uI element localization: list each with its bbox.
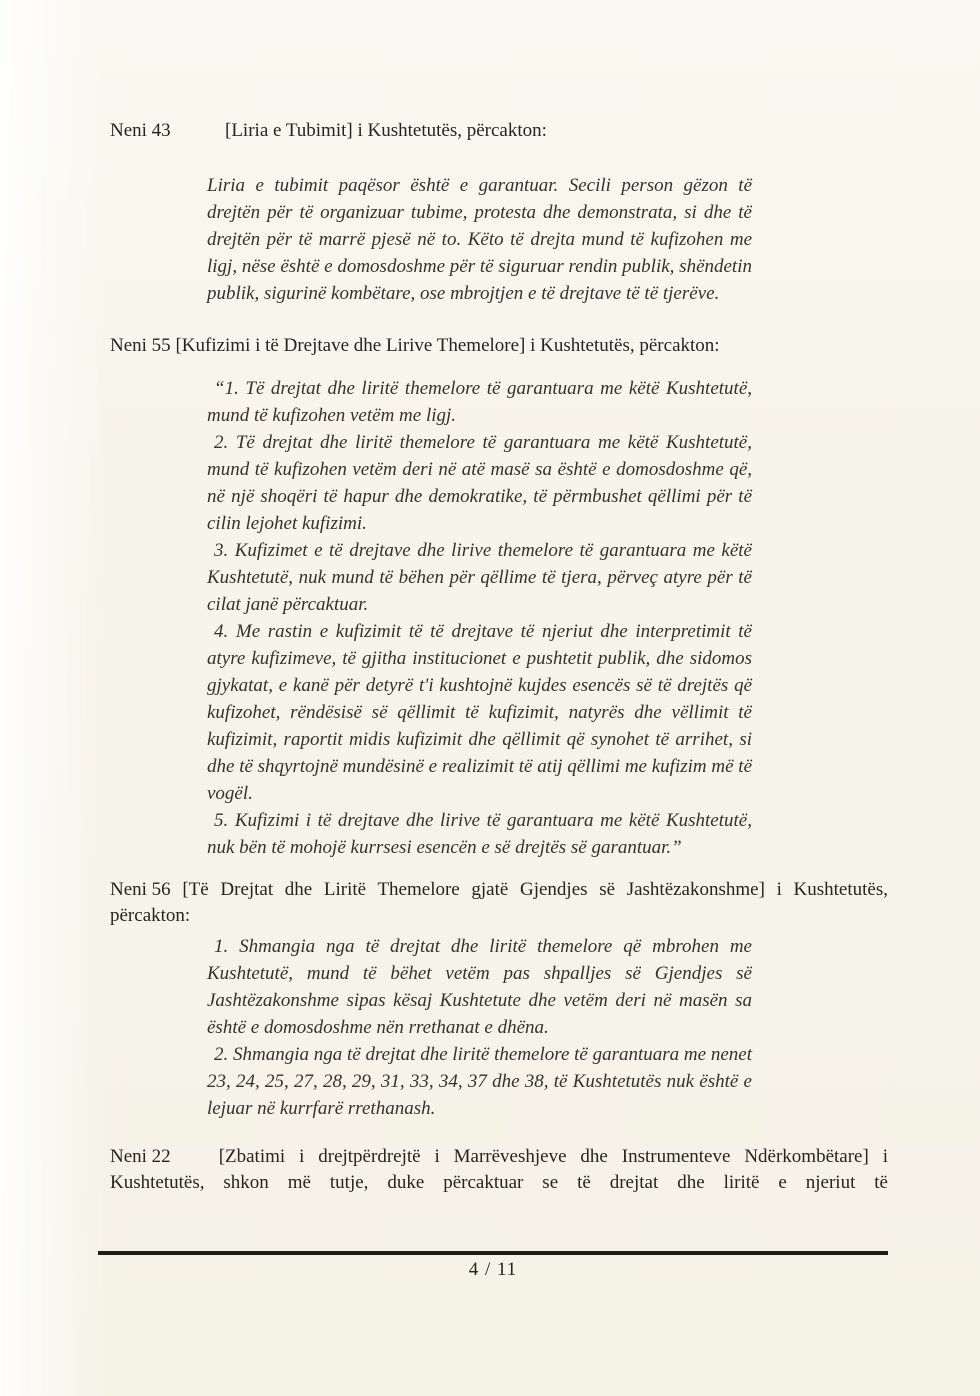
quote-paragraph: 4. Me rastin e kufizimit të të drejtave … — [207, 618, 752, 807]
quote-paragraph: 2. Shmangia nga të drejtat dhe liritë th… — [207, 1041, 752, 1122]
article-55-label: Neni 55 — [110, 333, 171, 359]
quote-paragraph: 3. Kufizimet e të drejtave dhe lirive th… — [207, 537, 752, 618]
quote-paragraph: Liria e tubimit paqësor është e garantua… — [207, 172, 752, 307]
article-55-heading-line: Neni 55 [Kufizimi i të Drejtave dhe Liri… — [110, 333, 888, 359]
article-56-heading-line: Neni 56 [Të Drejtat dhe Liritë Themelore… — [110, 877, 888, 929]
article-55-heading: [Kufizimi i të Drejtave dhe Lirive Theme… — [175, 335, 719, 356]
article-56-heading: [Të Drejtat dhe Liritë Themelore gjatë G… — [110, 879, 888, 926]
article-43-quote-block: Liria e tubimit paqësor është e garantua… — [207, 172, 752, 307]
article-22-heading-line: Neni 22[Zbatimi i drejtpërdrejtë i Marrë… — [110, 1144, 888, 1196]
article-55-quote-block: “1. Të drejtat dhe liritë themelore të g… — [207, 375, 752, 861]
article-43-label: Neni 43 — [110, 118, 225, 144]
article-43-heading-line: Neni 43[Liria e Tubimit] i Kushtetutës, … — [110, 118, 888, 144]
footer-divider — [98, 1251, 888, 1255]
article-56-quote-block: 1. Shmangia nga të drejtat dhe liritë th… — [207, 933, 752, 1122]
quote-paragraph: 2. Të drejtat dhe liritë themelore të ga… — [207, 429, 752, 537]
article-22-heading: [Zbatimi i drejtpërdrejtë i Marrëveshjev… — [110, 1146, 888, 1193]
quote-paragraph: 1. Shmangia nga të drejtat dhe liritë th… — [207, 933, 752, 1041]
article-43-heading: [Liria e Tubimit] i Kushtetutës, përcakt… — [225, 120, 547, 141]
article-56-label: Neni 56 — [110, 877, 171, 903]
article-22-label: Neni 22 — [110, 1144, 171, 1170]
page-number: 4 / 11 — [98, 1259, 888, 1281]
document-page: Neni 43[Liria e Tubimit] i Kushtetutës, … — [0, 0, 980, 1196]
quote-paragraph: 5. Kufizimi i të drejtave dhe lirive të … — [207, 807, 752, 861]
page-footer: 4 / 11 — [98, 1251, 888, 1281]
quote-paragraph: “1. Të drejtat dhe liritë themelore të g… — [207, 375, 752, 429]
